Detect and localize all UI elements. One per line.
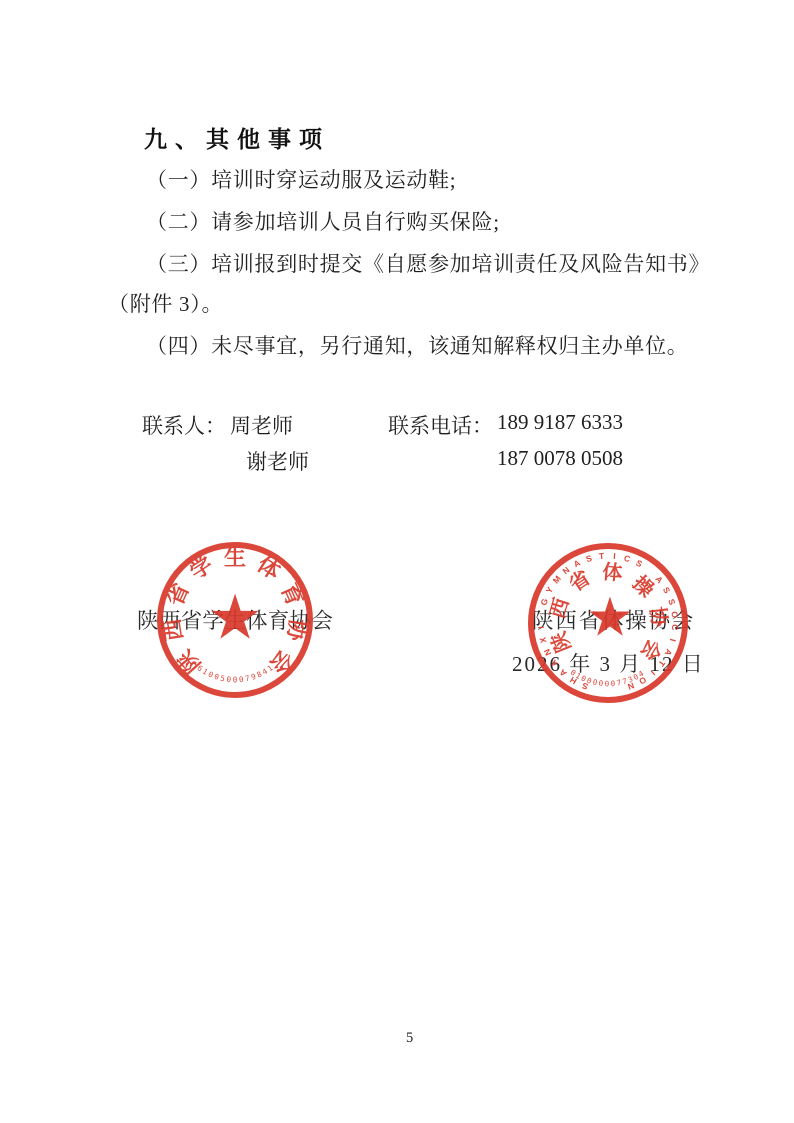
paragraph-item-4: （四）未尽事宜，另行通知，该通知解释权归主办单位。 bbox=[146, 330, 689, 360]
paragraph-item-3-continued: （附件 3）。 bbox=[108, 288, 223, 318]
seal-serial-number: 6100500079841 bbox=[157, 542, 313, 698]
contact-person-1: 周老师 bbox=[230, 410, 293, 440]
paragraph-item-1: （一）培训时穿运动服及运动鞋; bbox=[146, 164, 456, 194]
seal-serial-number: 0100000077304 bbox=[528, 543, 688, 703]
gymnastics-association-seal: SHAANXI GYMNASTICS ASSOCIATION 陕西省体操协会 ★… bbox=[528, 543, 688, 703]
section-heading: 九、其他事项 bbox=[144, 121, 330, 154]
contact-phone-label: 联系电话： bbox=[388, 410, 493, 440]
contact-person-label: 联系人： bbox=[142, 410, 226, 440]
contact-person-2: 谢老师 bbox=[246, 446, 309, 476]
document-page: 九、其他事项 （一）培训时穿运动服及运动鞋; （二）请参加培训人员自行购买保险;… bbox=[0, 0, 794, 1123]
contact-phone-1: 189 9187 6333 bbox=[497, 410, 623, 435]
paragraph-item-2: （二）请参加培训人员自行购买保险; bbox=[146, 206, 500, 236]
contact-phone-2: 187 0078 0508 bbox=[497, 446, 623, 471]
page-number: 5 bbox=[406, 1030, 413, 1047]
paragraph-item-3: （三）培训报到时提交《自愿参加培训责任及风险告知书》 bbox=[146, 248, 710, 278]
student-sports-association-seal: 陕西省学生体育协会 ★ 6100500079841 bbox=[157, 542, 313, 698]
